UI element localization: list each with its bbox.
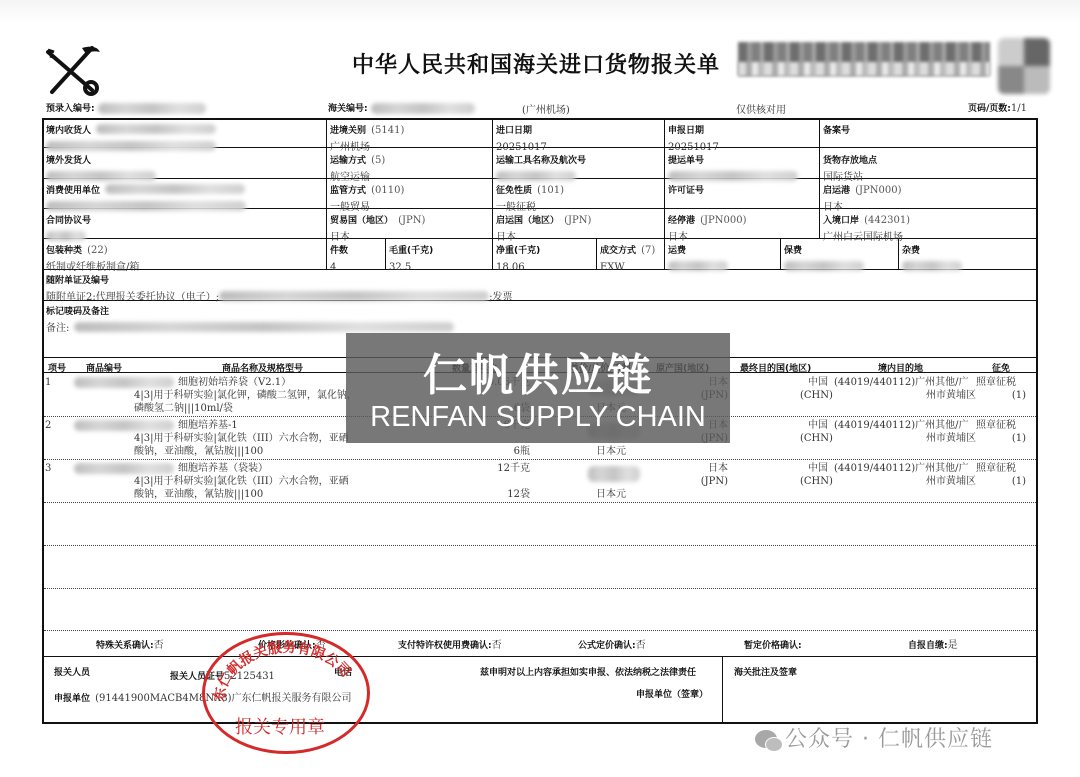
field-marks-remarks: 标记唛码及备注 备注: [46,302,454,335]
product-spec-line2: 酸钠，亚油酸，氰钴胺|||100 [134,488,263,501]
goods-header-levy: 征免 [992,361,1010,374]
confirm-self-declare: 自报自缴:是 [908,636,958,653]
field-levy-nature: 征免性质 (101) 一般征税 [496,181,564,214]
field-vessel: 运输工具名称及航次号 [496,151,586,181]
confirm-provisional-price: 暂定价格确认: [744,636,802,653]
goods-header-domestic-dest: 境内目的地 [878,361,923,374]
destination-code: (CHN) [800,475,833,488]
product-name: 细胞初始培养袋（V2.1） [178,376,291,389]
levy-code: (1) [976,389,1026,402]
hs-code-redacted [74,420,174,431]
goods-header-hs-code: 商品编号 [86,361,122,374]
svg-text:东仁帆报关服务有限公司: 东仁帆报关服务有限公司 [211,639,355,703]
destination-country: 中国 [760,419,828,432]
field-attached-docs: 随附单证及编号 随附单证2:代理报关委托协议（电子）;;发票 [46,271,512,304]
declarant-label: 报关人员 [54,667,90,680]
domestic-destination-line1: (44019/440112)广州其他/广 [834,419,969,432]
field-contract: 合同协议号 [46,211,91,241]
field-consignee: 境内收货人 [46,121,216,151]
levy-mode: 照章征税 [976,376,1016,389]
item-no: 1 [45,376,51,389]
confirm-royalty: 支付特许权使用费确认:否 [398,636,502,653]
wechat-watermark: 公众号 · 仁帆供应链 [755,722,993,753]
barcode-redacted-lower [738,62,990,76]
domestic-destination-line2: 州市黄埔区 [834,389,976,402]
field-pieces: 件数 4 [330,241,348,274]
page-indicator: 页码/页数:1/1 [968,101,1027,114]
field-origin-country: 启运国（地区） (JPN) 日本 [496,211,591,244]
field-record-no: 备案号 [823,121,850,138]
origin-code: (JPN) [660,475,728,488]
unit-signature-label: 申报单位（签章） [636,689,708,702]
currency: 日本元 [596,488,626,501]
quantity-secondary: 6瓶 [430,445,530,458]
item-no: 3 [45,462,51,475]
qr-code-redacted [998,38,1050,94]
page-title: 中华人民共和国海关进口货物报关单 [352,48,720,79]
domestic-destination-line1: (44019/440112)广州其他/广 [834,376,969,389]
item-no: 2 [45,419,51,432]
confirm-formula-price: 公式定价确认:否 [578,636,646,653]
levy-code: (1) [976,475,1026,488]
customs-number: 海关编号: [328,101,475,114]
field-transit-port: 经停港 (JPN000) 日本 [668,211,747,244]
field-deal-mode: 成交方式 (7) EXW [600,241,655,274]
stamp-center-text: 报关专用章 [235,713,325,739]
field-trade-country: 贸易国（地区） (JPN) 日本 [330,211,425,244]
hs-code-redacted [74,463,174,474]
destination-country: 中国 [760,462,828,475]
customs-office: (广州机场) [522,101,570,116]
hs-code-redacted [74,377,174,388]
field-license: 许可证号 [668,181,704,198]
field-insurance: 保费 [784,241,864,271]
quantity-primary: 12千克 [430,462,530,475]
levy-code: (1) [976,432,1026,445]
currency: 日本元 [596,445,626,458]
field-misc-fee: 杂费 [902,241,962,271]
destination-code: (CHN) [800,389,833,402]
field-entry-port: 入境口岸 (442301) 广州白云国际机场 [823,211,910,244]
field-gross-weight: 毛重(千克) 32.5 [389,241,433,274]
levy-mode: 照章征税 [976,419,1016,432]
product-spec-line2: 磷酸氢二钠|||10ml/袋 [134,402,233,415]
field-import-date: 进口日期 20251017 [496,121,547,154]
field-overseas-shipper: 境外发货人 [46,151,156,181]
field-freight: 运费 [668,241,728,271]
legal-statement: 兹申明对以上内容承担如实申报、依法纳税之法律责任 [480,667,696,680]
field-consumer: 消费使用单位 [46,181,246,211]
goods-header-item-no: 项号 [48,361,66,374]
levy-mode: 照章征税 [976,462,1016,475]
origin-country: 日本 [660,462,728,475]
pre-entry-number: 预录入编号: [46,101,206,114]
field-bill-no: 提运单号 [668,151,798,181]
product-spec-line1: 4|3|用于科研实验|氯化铁（III）六水合物，亚硒 [134,475,349,488]
field-declare-date: 申报日期 20251017 [668,121,719,154]
watermark-en: RENFAN SUPPLY CHAIN [316,401,760,434]
goods-header-destination: 最终目的国(地区) [740,361,811,374]
product-name: 细胞培养基（袋装） [178,462,268,475]
product-spec-line2: 酸钠，亚油酸，氰钴胺|||100 [134,445,263,458]
destination-country: 中国 [760,376,828,389]
domestic-destination-line2: 州市黄埔区 [834,432,976,445]
destination-code: (CHN) [800,432,833,445]
customs-signature-label: 海关批注及签章 [734,667,797,680]
customs-emblem-icon [42,42,104,98]
quantity-secondary: 12袋 [430,488,530,501]
field-transport-mode: 运输方式 (5) 航空运输 [330,151,385,184]
watermark-cn: 仁帆供应链 [346,339,730,403]
wechat-icon [755,730,777,748]
field-package: 包装种类 (22) 纸制或纤维板制盒/箱 [46,241,139,274]
confirm-special-relation: 特殊关系确认:否 [96,636,164,653]
price-redacted [588,466,640,482]
domestic-destination-line1: (44019/440112)广州其他/广 [834,462,969,475]
watermark-banner: 仁帆供应链 RENFAN SUPPLY CHAIN [346,333,730,443]
verification-note: 仅供核对用 [736,101,786,116]
goods-header-name-spec: 商品名称及规格型号 [222,361,303,374]
field-net-weight: 净重(千克) 18.06 [496,241,540,274]
domestic-destination-line2: 州市黄埔区 [834,475,976,488]
product-name: 细胞培养基-1 [178,419,238,432]
